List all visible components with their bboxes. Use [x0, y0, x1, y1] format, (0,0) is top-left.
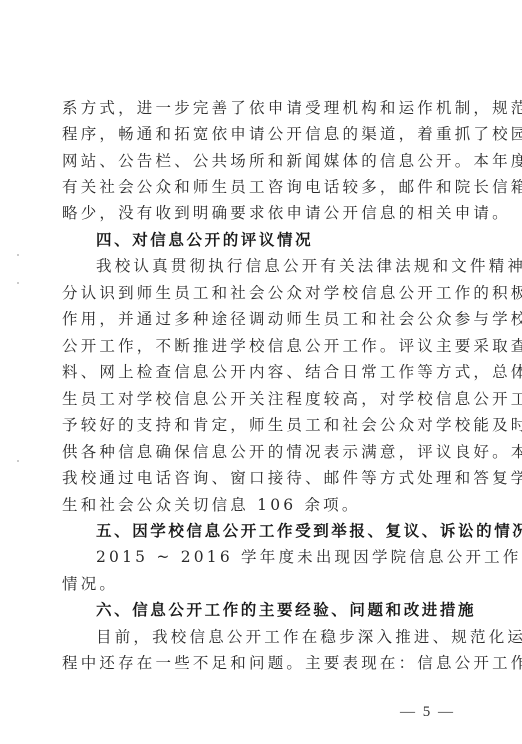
scan-speck [17, 282, 19, 284]
paragraph-line: 情况。 [62, 574, 452, 594]
paragraph-line: 略少，没有收到明确要求依申请公开信息的相关申请。 [62, 203, 452, 223]
paragraph-line: 我校通过电话咨询、窗口接待、邮件等方式处理和答复学校师 [62, 468, 452, 488]
paragraph-line: 我校认真贯彻执行信息公开有关法律法规和文件精神，充 [96, 256, 486, 276]
section-heading-6: 六、信息公开工作的主要经验、问题和改进措施 [96, 600, 486, 620]
document-page: 系方式，进一步完善了依申请受理机构和运作机制，规范受理 程序，畅通和拓宽依申请公… [0, 0, 522, 744]
paragraph-line: 2015 ~ 2016 学年度未出现因学院信息公开工作遭到举报的 [96, 547, 486, 567]
paragraph-line: 网站、公告栏、公共场所和新闻媒体的信息公开。本年度收到 [62, 151, 452, 171]
paragraph-line: 公开工作，不断推进学校信息公开工作。评议主要采取查阅资 [62, 336, 452, 356]
paragraph-line: 料、网上检查信息公开内容、结合日常工作等方式，总体上师 [62, 362, 452, 382]
paragraph-line: 系方式，进一步完善了依申请受理机构和运作机制，规范受理 [62, 98, 452, 118]
scan-speck [17, 254, 19, 256]
paragraph-line: 分认识到师生员工和社会公众对学校信息公开工作的积极推动 [62, 283, 452, 303]
paragraph-line: 有关社会公众和师生员工咨询电话较多，邮件和院长信箱咨询 [62, 177, 452, 197]
paragraph-line: 生和社会公众关切信息 106 余项。 [62, 495, 452, 515]
section-heading-4: 四、对信息公开的评议情况 [96, 230, 486, 250]
paragraph-line: 生员工对学校信息公开关注程度较高，对学校信息公开工作给 [62, 389, 452, 409]
paragraph-line: 供各种信息确保信息公开的情况表示满意，评议良好。本年度， [62, 442, 452, 462]
paragraph-line: 程中还存在一些不足和问题。主要表现在：信息公开工作的主 [62, 653, 452, 673]
paragraph-line: 作用，并通过多种途径调动师生员工和社会公众参与学校信息 [62, 309, 452, 329]
section-heading-5: 五、因学校信息公开工作受到举报、复议、诉讼的情况 [96, 521, 486, 541]
page-number: — 5 — [400, 704, 455, 721]
scan-speck [17, 460, 19, 462]
paragraph-line: 予较好的支持和肯定，师生员工和社会公众对学校能及时地提 [62, 415, 452, 435]
paragraph-line: 程序，畅通和拓宽依申请公开信息的渠道，着重抓了校园门户 [62, 124, 452, 144]
paragraph-line: 目前，我校信息公开工作在稳步深入推进、规范化运作过 [96, 627, 486, 647]
